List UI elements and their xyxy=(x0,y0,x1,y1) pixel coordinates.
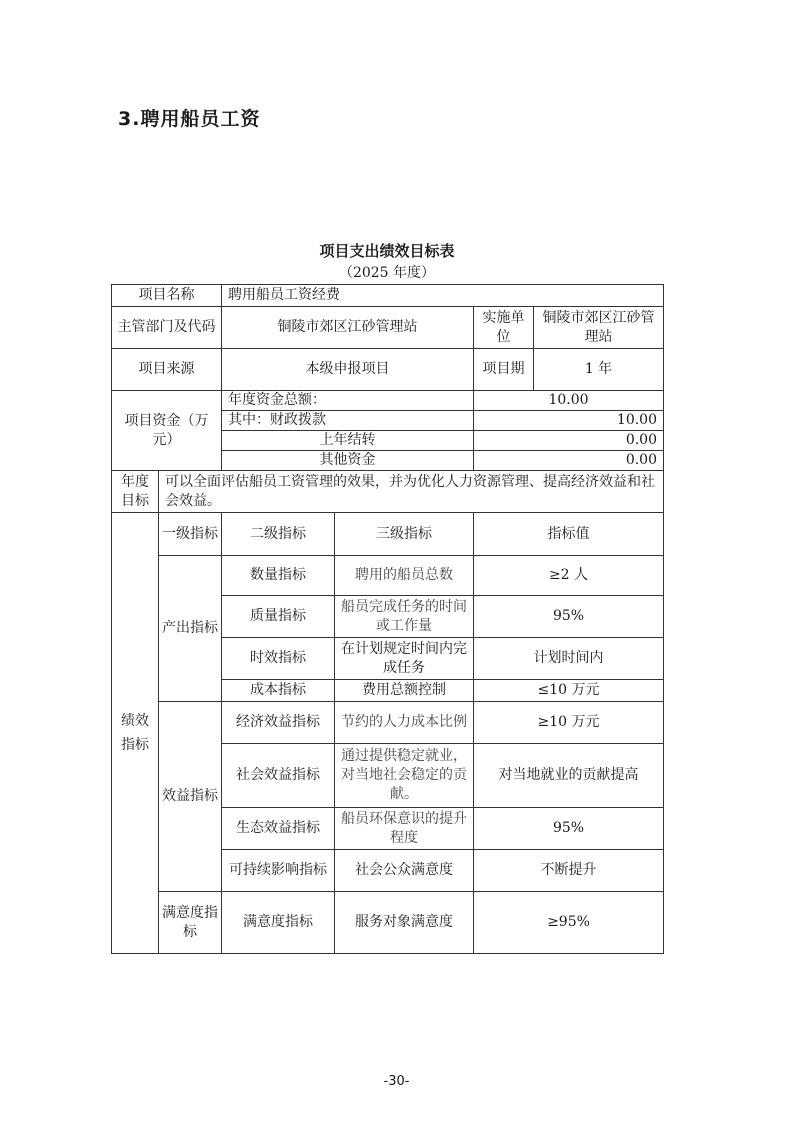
level3-cell: 在计划规定时间内完成任务 xyxy=(335,638,474,680)
level3-cell: 社会公众满意度 xyxy=(335,850,474,892)
perf-indicators-label: 绩效指标 xyxy=(112,513,159,954)
fund-label-total: 年度资金总额： xyxy=(222,391,474,411)
table-row: 项目名称 聘用船员工资经费 xyxy=(112,285,664,307)
performance-goal-table: 项目名称 聘用船员工资经费 主管部门及代码 铜陵市郊区江砂管理站 实施单位 铜陵… xyxy=(111,284,664,954)
value-cell: ≤10 万元 xyxy=(474,680,664,702)
period-value: 1 年 xyxy=(534,349,664,391)
value-cell: 95% xyxy=(474,596,664,638)
level2-cell: 数量指标 xyxy=(222,556,335,596)
level2-cell: 质量指标 xyxy=(222,596,335,638)
value-cell: ≥10 万元 xyxy=(474,702,664,744)
table-row: 项目资金（万元） 年度资金总额： 10.00 xyxy=(112,391,664,411)
table-row: 绩效指标 一级指标 二级指标 三级指标 指标值 xyxy=(112,513,664,556)
level3-cell: 聘用的船员总数 xyxy=(335,556,474,596)
value-cell: ≥95% xyxy=(474,892,664,954)
fund-value-fiscal: 10.00 xyxy=(474,411,664,431)
value-cell: 计划时间内 xyxy=(474,638,664,680)
fund-value-total: 10.00 xyxy=(474,391,664,411)
fund-value-carryover: 0.00 xyxy=(474,431,664,451)
page-number: -30- xyxy=(0,1074,793,1089)
table-row: 年度目标 可以全面评估船员工资管理的效果，并为优化人力资源管理、提高经济效益和社… xyxy=(112,471,664,513)
level3-cell: 节约的人力成本比例 xyxy=(335,702,474,744)
level2-cell: 时效指标 xyxy=(222,638,335,680)
level1-benefit: 效益指标 xyxy=(159,702,222,892)
fund-label-other: 其他资金 xyxy=(222,451,474,471)
level1-satisfaction: 满意度指标 xyxy=(159,892,222,954)
funds-label: 项目资金（万元） xyxy=(112,391,222,471)
annual-goal-label: 年度目标 xyxy=(112,471,159,513)
level2-cell: 生态效益指标 xyxy=(222,808,335,850)
table-subtitle: （2025 年度） xyxy=(111,262,663,282)
table-title: 项目支出绩效目标表 xyxy=(111,240,663,261)
table-row: 项目来源 本级申报项目 项目期 1 年 xyxy=(112,349,664,391)
value-cell: ≥2 人 xyxy=(474,556,664,596)
project-name-label: 项目名称 xyxy=(112,285,222,307)
level1-output: 产出指标 xyxy=(159,556,222,702)
dept-label: 主管部门及代码 xyxy=(112,307,222,349)
table-row: 主管部门及代码 铜陵市郊区江砂管理站 实施单位 铜陵市郊区江砂管理站 xyxy=(112,307,664,349)
level3-cell: 费用总额控制 xyxy=(335,680,474,702)
header-level2: 二级指标 xyxy=(222,513,335,556)
header-level1: 一级指标 xyxy=(159,513,222,556)
level3-cell: 通过提供稳定就业，对当地社会稳定的贡献。 xyxy=(335,744,474,808)
table-row: 满意度指标 满意度指标 服务对象满意度 ≥95% xyxy=(112,892,664,954)
level2-cell: 经济效益指标 xyxy=(222,702,335,744)
section-title: 3.聘用船员工资 xyxy=(118,104,260,131)
table-row: 效益指标 经济效益指标 节约的人力成本比例 ≥10 万元 xyxy=(112,702,664,744)
header-value: 指标值 xyxy=(474,513,664,556)
value-cell: 不断提升 xyxy=(474,850,664,892)
value-cell: 95% xyxy=(474,808,664,850)
period-label: 项目期 xyxy=(474,349,534,391)
fund-label-carryover: 上年结转 xyxy=(222,431,474,451)
fund-label-fiscal: 其中：财政拨款 xyxy=(222,411,474,431)
source-value: 本级申报项目 xyxy=(222,349,474,391)
level2-cell: 成本指标 xyxy=(222,680,335,702)
header-level3: 三级指标 xyxy=(335,513,474,556)
level3-cell: 服务对象满意度 xyxy=(335,892,474,954)
table-row: 产出指标 数量指标 聘用的船员总数 ≥2 人 xyxy=(112,556,664,596)
annual-goal-text: 可以全面评估船员工资管理的效果，并为优化人力资源管理、提高经济效益和社会效益。 xyxy=(159,471,664,513)
impl-unit-label: 实施单位 xyxy=(474,307,534,349)
value-cell: 对当地就业的贡献提高 xyxy=(474,744,664,808)
impl-unit-value: 铜陵市郊区江砂管理站 xyxy=(534,307,664,349)
dept-value: 铜陵市郊区江砂管理站 xyxy=(222,307,474,349)
level2-cell: 社会效益指标 xyxy=(222,744,335,808)
level2-cell: 可持续影响指标 xyxy=(222,850,335,892)
level2-cell: 满意度指标 xyxy=(222,892,335,954)
fund-value-other: 0.00 xyxy=(474,451,664,471)
source-label: 项目来源 xyxy=(112,349,222,391)
level3-cell: 船员环保意识的提升程度 xyxy=(335,808,474,850)
project-name-value: 聘用船员工资经费 xyxy=(222,285,664,307)
level3-cell: 船员完成任务的时间或工作量 xyxy=(335,596,474,638)
